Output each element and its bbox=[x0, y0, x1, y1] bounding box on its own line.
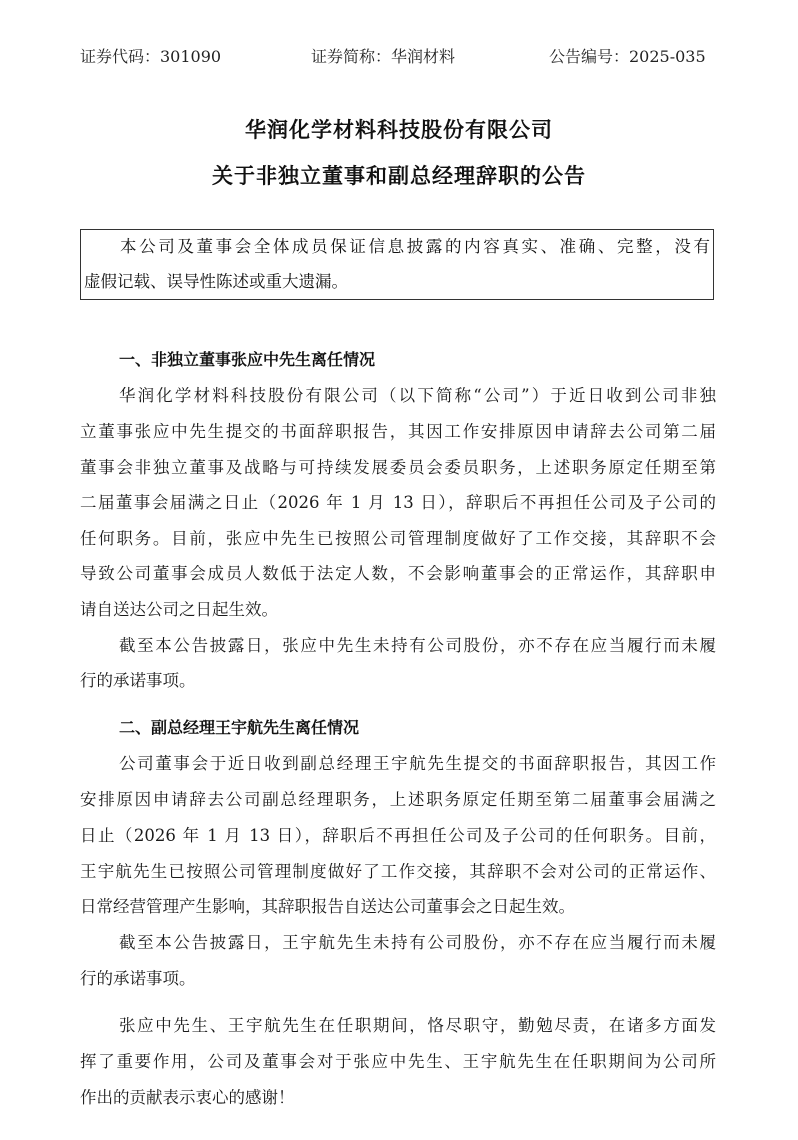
text-line: 挥了重要作用，公司及董事会对于张应中先生、王宇航先生在任职期间为公司所 bbox=[80, 1051, 716, 1073]
stock-code: 证券代码：301090 bbox=[80, 46, 221, 68]
text-line: 截至本公告披露日，王宇航先生未持有公司股份，亦不存在应当履行而未履 bbox=[119, 932, 716, 954]
text-line: 日止（2026 年 1 月 13 日），辞职后不再担任公司及子公司的任何职务。目… bbox=[80, 825, 716, 847]
notice-title: 关于非独立董事和副总经理辞职的公告 bbox=[0, 162, 798, 190]
notice-number: 公告编号：2025-035 bbox=[549, 46, 706, 68]
company-title: 华润化学材料科技股份有限公司 bbox=[0, 116, 798, 144]
text-line: 导致公司董事会成员人数低于法定人数，不会影响董事会的正常运作，其辞职申 bbox=[80, 563, 716, 585]
statement-line: 虚假记载、误导性陈述或重大遗漏。 bbox=[84, 271, 710, 293]
text-line: 王宇航先生已按照公司管理制度做好了工作交接，其辞职不会对公司的正常运作、 bbox=[80, 861, 716, 883]
stock-abbreviation: 证券简称：华润材料 bbox=[311, 46, 455, 68]
statement-line: 本公司及董事会全体成员保证信息披露的内容真实、准确、完整，没有 bbox=[120, 236, 710, 258]
text-line: 张应中先生、王宇航先生在任职期间，恪尽职守，勤勉尽责，在诸多方面发 bbox=[119, 1015, 716, 1037]
text-line: 立董事张应中先生提交的书面辞职报告，其因工作安排原因申请辞去公司第二届 bbox=[80, 421, 716, 443]
text-line: 任何职务。目前，张应中先生已按照公司管理制度做好了工作交接，其辞职不会 bbox=[80, 528, 716, 550]
text-line: 作出的贡献表示衷心的感谢！ bbox=[80, 1087, 716, 1109]
statement-box: 本公司及董事会全体成员保证信息披露的内容真实、准确、完整，没有 虚假记载、误导性… bbox=[80, 229, 714, 300]
text-line: 安排原因申请辞去公司副总经理职务，上述职务原定任期至第二届董事会届满之 bbox=[80, 789, 716, 811]
text-line: 华润化学材料科技股份有限公司（以下简称“公司”）于近日收到公司非独 bbox=[119, 385, 716, 407]
text-line: 公司董事会于近日收到副总经理王宇航先生提交的书面辞职报告，其因工作 bbox=[119, 753, 716, 775]
text-line: 行的承诺事项。 bbox=[80, 968, 716, 990]
text-line: 请自送达公司之日起生效。 bbox=[80, 599, 716, 621]
text-line: 董事会非独立董事及战略与可持续发展委员会委员职务，上述职务原定任期至第 bbox=[80, 457, 716, 479]
text-line: 截至本公告披露日，张应中先生未持有公司股份，亦不存在应当履行而未履 bbox=[119, 635, 716, 657]
text-line: 日常经营管理产生影响，其辞职报告自送达公司董事会之日起生效。 bbox=[80, 896, 716, 918]
text-line: 二届董事会届满之日止（2026 年 1 月 13 日），辞职后不再担任公司及子公… bbox=[80, 492, 716, 514]
text-line: 行的承诺事项。 bbox=[80, 670, 716, 692]
section-heading-2: 二、副总经理王宇航先生离任情况 bbox=[119, 717, 359, 739]
section-heading-1: 一、非独立董事张应中先生离任情况 bbox=[119, 349, 375, 371]
